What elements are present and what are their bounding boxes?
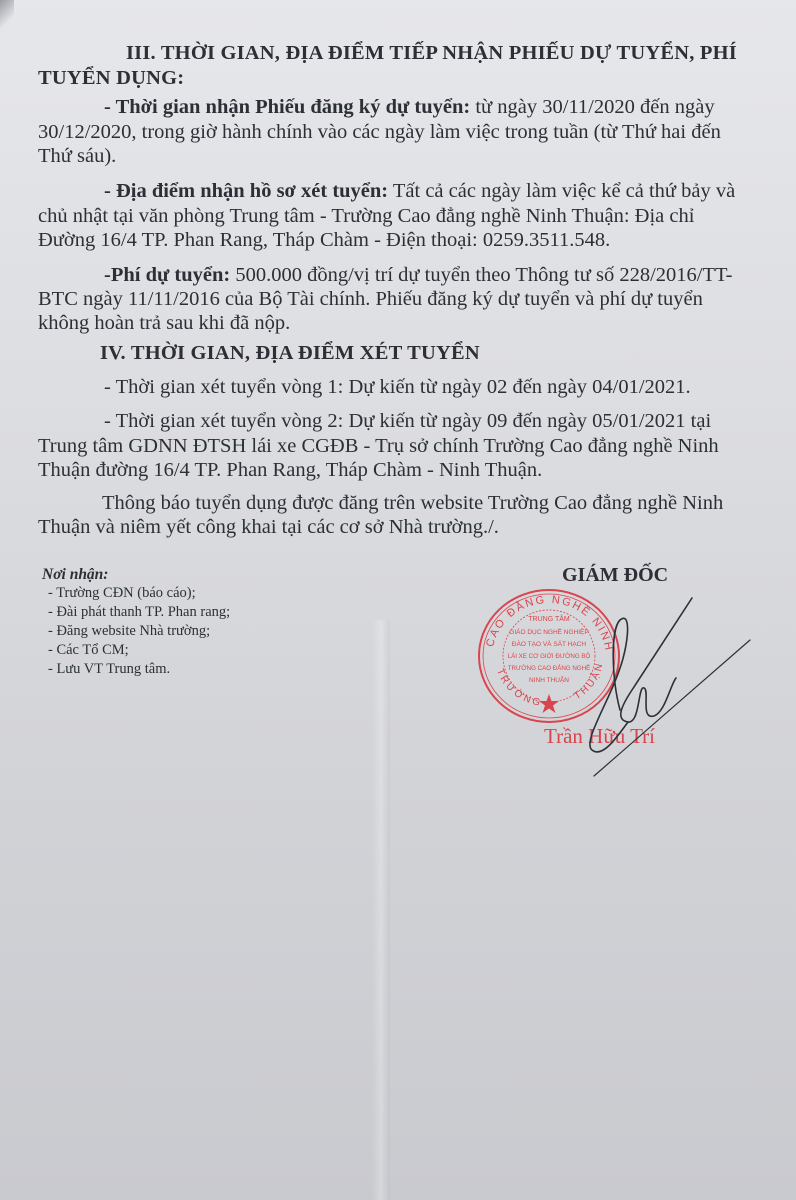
recipient-item: - Đài phát thanh TP. Phan rang; bbox=[48, 604, 230, 621]
recipient-item: - Đăng website Nhà trường; bbox=[48, 623, 210, 640]
round2-time: - Thời gian xét tuyển vòng 2: Dự kiến từ… bbox=[104, 410, 711, 433]
paper-fold bbox=[372, 620, 390, 1200]
recipient-item: - Trường CĐN (báo cáo); bbox=[48, 585, 196, 602]
notice-line2: Thuận và niêm yết công khai tại các cơ s… bbox=[38, 516, 499, 539]
recipient-item: - Các Tổ CM; bbox=[48, 642, 129, 659]
section3-heading: III. THỜI GIAN, ĐỊA ĐIỂM TIẾP NHẬN PHIẾU… bbox=[126, 42, 737, 65]
page-corner-shadow bbox=[0, 0, 14, 30]
notice-line1: Thông báo tuyển dụng được đăng trên webs… bbox=[102, 492, 723, 515]
recipient-item: - Lưu VT Trung tâm. bbox=[48, 661, 170, 678]
item-label: - Địa điểm nhận hồ sơ xét tuyển: bbox=[104, 180, 388, 202]
signer-title: GIÁM ĐỐC bbox=[562, 564, 668, 587]
item-location-line2: chủ nhật tại văn phòng Trung tâm - Trườn… bbox=[38, 205, 694, 228]
round2-time-line2: Trung tâm GDNN ĐTSH lái xe CGĐB - Trụ sở… bbox=[38, 435, 719, 458]
item-registration-time-line3: Thứ sáu). bbox=[38, 145, 116, 168]
item-fee-line2: BTC ngày 11/11/2016 của Bộ Tài chính. Ph… bbox=[38, 288, 703, 311]
round1-time: - Thời gian xét tuyển vòng 1: Dự kiến từ… bbox=[104, 376, 691, 399]
section4-heading: IV. THỜI GIAN, ĐỊA ĐIỂM XÉT TUYỂN bbox=[100, 342, 480, 365]
section3-heading-cont: TUYỂN DỤNG: bbox=[38, 67, 184, 90]
item-fee-line3: không hoàn trả sau khi đã nộp. bbox=[38, 312, 290, 335]
item-label: - Thời gian nhận Phiếu đăng ký dự tuyển: bbox=[104, 96, 470, 118]
round2-time-line3: Thuận đường 16/4 TP. Phan Rang, Tháp Chà… bbox=[38, 459, 542, 482]
item-registration-time: - Thời gian nhận Phiếu đăng ký dự tuyển:… bbox=[104, 96, 715, 119]
item-location-line3: Đường 16/4 TP. Phan Rang, Tháp Chàm - Đi… bbox=[38, 229, 610, 252]
item-registration-time-line2: 30/12/2020, trong giờ hành chính vào các… bbox=[38, 121, 721, 144]
item-location: - Địa điểm nhận hồ sơ xét tuyển: Tất cả … bbox=[104, 180, 735, 203]
item-fee: -Phí dự tuyển: 500.000 đồng/vị trí dự tu… bbox=[104, 264, 732, 287]
handwritten-signature bbox=[520, 590, 760, 780]
recipients-title: Nơi nhận: bbox=[42, 566, 108, 584]
item-label: -Phí dự tuyển: bbox=[104, 264, 230, 286]
